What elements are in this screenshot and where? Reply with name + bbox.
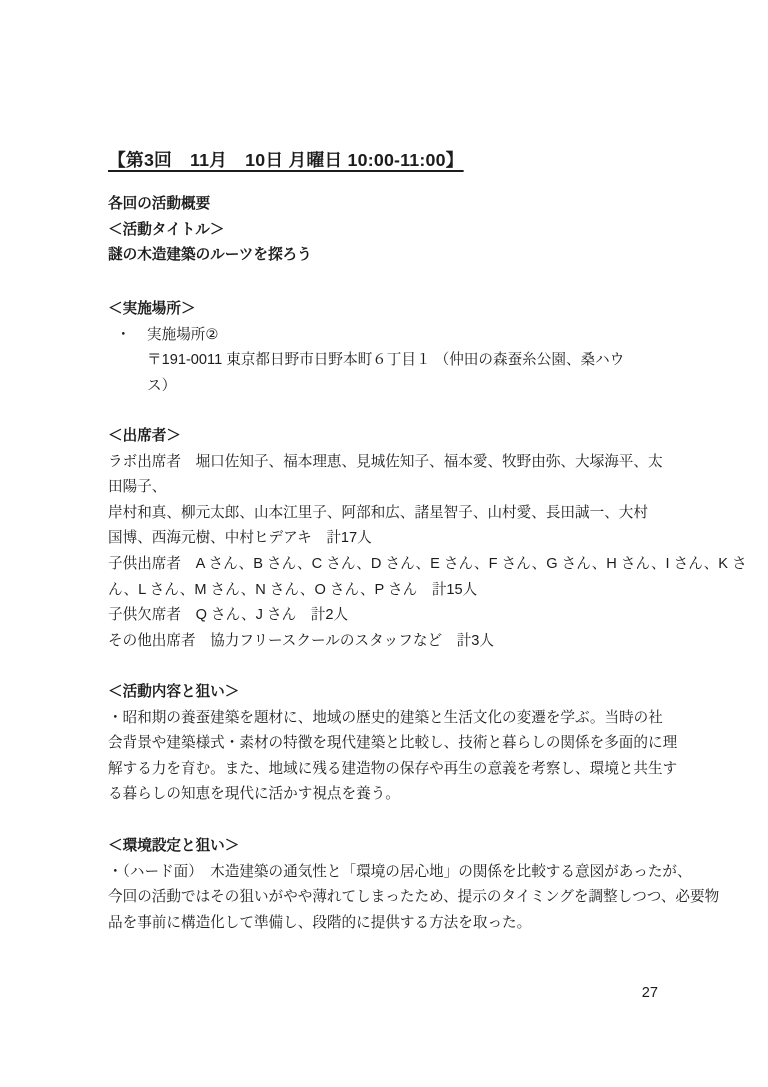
environment-aim-section: ＜環境設定と狙い＞ ・（ハード面） 木造建築の通気性と「環境の居心地」の関係を比… [108, 834, 664, 936]
activity-aim-section: ＜活動内容と狙い＞ ・昭和期の養蚕建築を題材に、地域の歴史的建築と生活文化の変遷… [108, 680, 664, 808]
document-page: 【第3回 11月 10日 月曜日 10:00-11:00】 各回の活動概要 ＜活… [0, 0, 768, 1087]
location-item: ・ 実施場所② [108, 323, 664, 349]
attendees-section: ＜出席者＞ ラボ出席者 堀口佐知子、福本理恵、見城佐知子、福本愛、牧野由弥、大塚… [108, 424, 664, 654]
activity-aim-text-line: ・昭和期の養蚕建築を題材に、地域の歴史的建築と生活文化の変遷を学ぶ。当時の社 [108, 706, 664, 732]
activity-aim-text-line: る暮らしの知恵を現代に活かす視点を養う。 [108, 782, 664, 808]
attendees-text-line: 岸村和真、柳元太郎、山本江里子、阿部和広、諸星智子、山村愛、長田誠一、大村 [108, 501, 664, 527]
attendees-text-line: 国博、西海元樹、中村ヒデアキ 計17人 [108, 526, 664, 552]
attendees-text-line: 子供出席者 A さん、B さん、C さん、D さん、E さん、F さん、G さん… [108, 552, 664, 578]
attendees-text-line: ラボ出席者 堀口佐知子、福本理恵、見城佐知子、福本愛、牧野由弥、大塚海平、太 [108, 450, 664, 476]
activity-aim-text-line: 会背景や建築様式・素材の特徴を現代建築と比較し、技術と暮らしの関係を多面的に理 [108, 731, 664, 757]
activity-aim-heading: ＜活動内容と狙い＞ [108, 680, 664, 706]
location-heading: ＜実施場所＞ [108, 297, 664, 323]
activity-title-label: ＜活動タイトル＞ [108, 218, 664, 244]
location-item-label: 実施場所② [147, 327, 218, 343]
attendees-text-line: 田陽子、 [108, 475, 664, 501]
overview-section: 各回の活動概要 ＜活動タイトル＞ 謎の木造建築のルーツを探ろう [108, 192, 664, 269]
activity-aim-text-line: 解する力を育む。また、地域に残る建造物の保存や再生の意義を考察し、環境と共生す [108, 757, 664, 783]
attendees-text-line: ん、L さん、M さん、N さん、O さん、P さん 計15人 [108, 578, 664, 604]
bullet-icon: ・ [116, 323, 131, 349]
overview-heading: 各回の活動概要 [108, 192, 664, 218]
page-number: 27 [108, 981, 658, 1007]
environment-aim-text-line: 今回の活動ではその狙いがやや薄れてしまったため、提示のタイミングを調整しつつ、必… [108, 885, 664, 911]
environment-aim-heading: ＜環境設定と狙い＞ [108, 834, 664, 860]
activity-title: 謎の木造建築のルーツを探ろう [108, 243, 664, 269]
attendees-heading: ＜出席者＞ [108, 424, 664, 450]
session-title: 【第3回 11月 10日 月曜日 10:00-11:00】 [108, 147, 464, 172]
environment-aim-text-line: ・（ハード面） 木造建築の通気性と「環境の居心地」の関係を比較する意図があったが… [108, 860, 664, 886]
location-address-line: ス） [108, 374, 664, 400]
location-section: ＜実施場所＞ ・ 実施場所② 〒191-0011 東京都日野市日野本町６丁目１ … [108, 297, 664, 399]
attendees-text-line: その他出席者 協力フリースクールのスタッフなど 計3人 [108, 629, 664, 655]
attendees-text-line: 子供欠席者 Q さん、J さん 計2人 [108, 603, 664, 629]
environment-aim-text-line: 品を事前に構造化して準備し、段階的に提供する方法を取った。 [108, 911, 664, 937]
location-address-line: 〒191-0011 東京都日野市日野本町６丁目１ （仲田の森蚕糸公園、桑ハウ [108, 348, 664, 374]
